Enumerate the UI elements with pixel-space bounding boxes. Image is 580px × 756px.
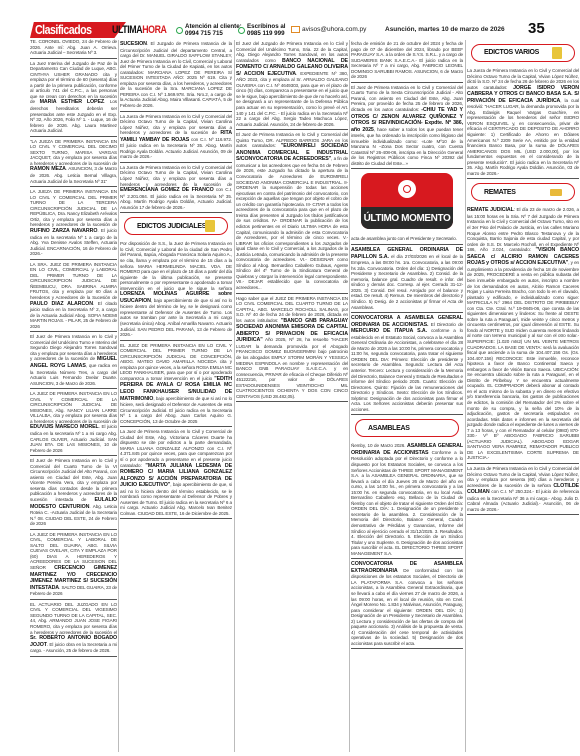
classified-notice: fecha de emisión de 21 de octubre del 20…: [351, 40, 463, 83]
envelope-icon: [291, 26, 300, 33]
document-icon: [552, 47, 562, 59]
classified-notice: La Jueza de Primera Instancia en lo Civi…: [467, 465, 579, 515]
classified-notice: LA JUEZA DE PRIMERA INSTANCIA EN LO CIVI…: [30, 188, 117, 260]
section-header-edictos-judiciales: EDICTOS JUDICIALES: [124, 217, 228, 235]
classified-notice: Hago saber que el JUEZ DE PRIMERA INSTAN…: [236, 295, 348, 403]
classified-notice: acta de asamblea junto con el Presidente…: [351, 235, 463, 245]
classified-notice: REMATE JUDICIAL: El día 23 de marzo de 2…: [467, 206, 579, 464]
classified-notice: El Juez de Primera Instancia en lo Civil…: [30, 333, 117, 389]
classified-notice: LA SRA. JUEZ DE PRIMERA INSTANCIA EN LO …: [30, 261, 117, 333]
column-divider: [118, 40, 119, 752]
classified-notice: Por disposición de S.S., la Juez de Prim…: [120, 240, 232, 340]
classified-notice: EL ACTUARIO DEL JUZGADO EN LO CIVIL Y CO…: [30, 601, 117, 657]
publication-date: Asunción, martes 10 de marzo de 2026: [385, 26, 505, 33]
column-3: El Juez del Juzgado de Primera Instancia…: [236, 40, 348, 403]
ultimo-momento-banner: ÚLTIMO MOMENTO: [361, 173, 453, 229]
column-2: SUCESION. El Juzgado de Primera Instanci…: [120, 40, 232, 520]
classified-notice: CONVOCATORIA DE ASAMBLEA EXTRAORDINARIA …: [351, 560, 463, 649]
masthead: Clasificados ULTIMAHORA Atención al clie…: [0, 22, 580, 38]
section-header-asambleas: ASAMBLEAS: [355, 419, 459, 437]
column-4: fecha de emisión de 21 de octubre del 20…: [351, 40, 463, 650]
clock-icon: [398, 180, 416, 198]
classified-notice: LA JUEZ DE PRIMERA INSTANCIA EN LO CIVIL…: [30, 390, 117, 456]
classified-notice: CONVOCATORIA A ASAMBLEA GENERAL ORDINARI…: [351, 314, 463, 415]
page-number: 35: [528, 20, 545, 37]
column-5: EDICTOS VARIOS La Jueza de Primera Insta…: [467, 40, 579, 516]
column-divider: [349, 40, 350, 752]
classified-notice: La Jueza de Primera Instancia en lo Civi…: [120, 164, 232, 213]
email-contact[interactable]: avisos@uhora.com.py: [291, 26, 366, 33]
classified-notice: ASAMBLEA GENERAL ORDINARIA DE PAPILLON S…: [351, 246, 463, 313]
customer-service-contact: Atención al cliente:0994 715 715: [176, 23, 242, 37]
whatsapp-icon: [176, 27, 183, 34]
classified-notice: LA JUEZ DE PRIMERA INSTANCIA EN LO CIVIL…: [30, 531, 117, 600]
column-divider: [234, 40, 235, 752]
column-1: TE. CORONEL OVIEDO, 24 de Febrero de 202…: [30, 38, 117, 658]
classified-notice: El Juez del Juzgado de Primera Instancia…: [236, 40, 348, 130]
classified-notice: TE. CORONEL OVIEDO, 24 de Febrero de 202…: [30, 38, 117, 59]
classified-notice: SUCESION. El Juzgado de Primera Instanci…: [120, 40, 232, 112]
classified-notice: El Juez de Primera Instancia en lo Civil…: [351, 84, 463, 170]
email-address[interactable]: avisos@uhora.com.py: [302, 26, 366, 33]
classified-notice: El Juez de Primera Instancia en lo Civil…: [236, 131, 348, 293]
whatsapp-phone[interactable]: 0985 119 999: [247, 30, 285, 37]
classified-notice: El Juez de Primera Instancia en lo Civil…: [30, 457, 117, 530]
document-icon: [205, 220, 215, 232]
whatsapp-contact: Escríbinos al0985 119 999: [238, 23, 286, 37]
classified-notice: EL JUEZ DE PRIMERA INSTANCIA EN LO CIVIL…: [120, 342, 232, 428]
gavel-icon: [550, 189, 562, 196]
whatsapp-icon: [238, 27, 245, 34]
classified-notice: La Jueza de Primera Instancia en lo Civi…: [120, 113, 232, 163]
column-divider: [465, 40, 466, 752]
classified-notice: La Juez de Primera Instancia en lo Civil…: [120, 428, 232, 519]
classified-notice: La Jueza de Primera Instancia en lo Civi…: [467, 67, 579, 179]
classified-notice: Ñemby, 10 de Marzo 2026. ASAMBLEA GENERA…: [351, 442, 463, 559]
newspaper-logo: ULTIMAHORA: [112, 24, 167, 36]
section-header-remates: REMATES: [471, 183, 575, 201]
customer-service-phone[interactable]: 0994 715 715: [185, 30, 223, 37]
classified-notice: "LA JUEZA DE PRIMERA INSTANCIA EN LO CIV…: [30, 138, 117, 187]
section-title: Clasificados: [35, 23, 91, 37]
section-header-edictos-varios: EDICTOS VARIOS: [471, 44, 575, 62]
classified-notice: La Juez Interina del Juzgado de Paz de l…: [30, 60, 117, 137]
